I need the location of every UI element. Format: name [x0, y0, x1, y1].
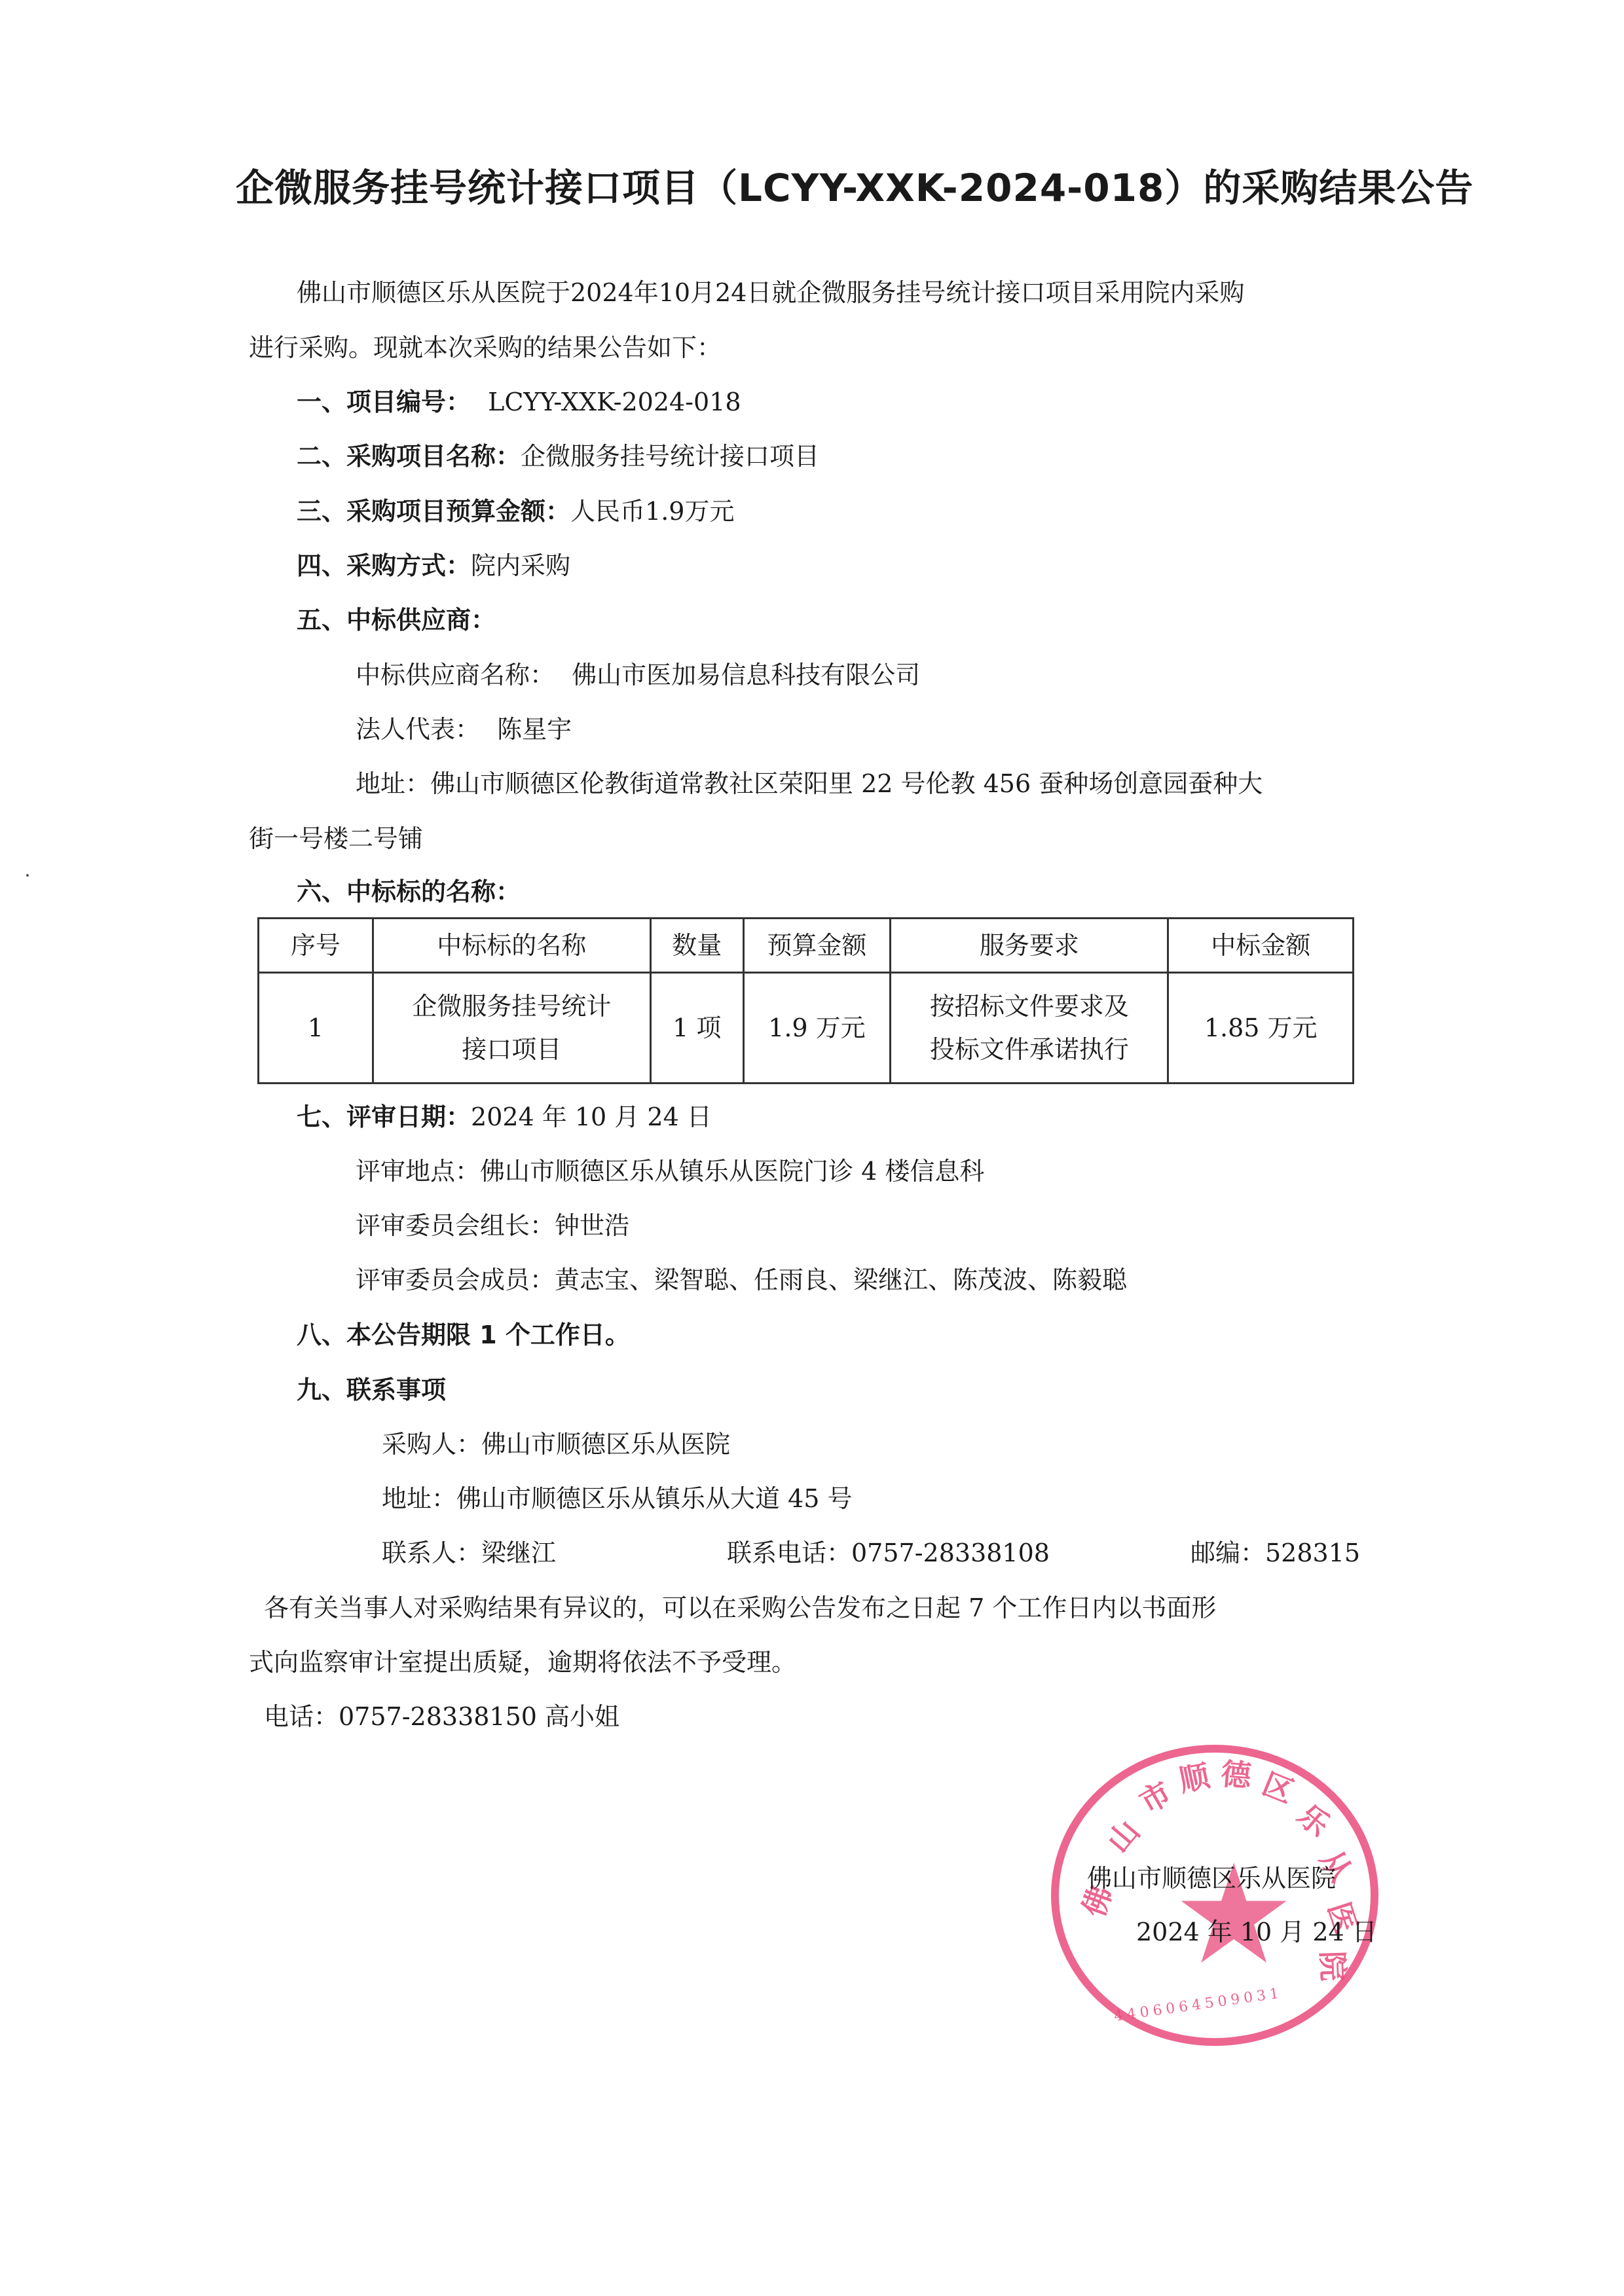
- cell-req-line-2: 投标文件承诺执行: [892, 1028, 1166, 1072]
- rep-value: 陈星宇: [497, 715, 572, 744]
- cell-name-line-2: 接口项目: [375, 1028, 649, 1072]
- section-supplier-heading: 五、中标供应商：: [297, 608, 496, 632]
- award-table: 序号 中标标的名称 数量 预算金额 服务要求 中标金额 1 企微服务挂号统计 接…: [257, 917, 1354, 1084]
- header-no: 序号: [259, 919, 373, 973]
- supplier-address-line-1: 地址：佛山市顺德区伦教街道常教社区荣阳里 22 号伦教 456 蚕种场创意园蚕种…: [356, 771, 1263, 796]
- section-project-name: 二、采购项目名称：企微服务挂号统计接口项目: [297, 444, 819, 469]
- section-award-heading: 六、中标标的名称：: [297, 879, 521, 904]
- cell-budget: 1.9 万元: [743, 973, 891, 1084]
- supplier-name: 中标供应商名称： 佛山市医加易信息科技有限公司: [356, 663, 920, 687]
- section-label: 二、采购项目名称：: [297, 442, 521, 471]
- header-award: 中标金额: [1168, 919, 1354, 973]
- page-title: 企微服务挂号统计接口项目（LCYY-XXK-2024-018）的采购结果公告: [236, 157, 1414, 212]
- objection-line-2: 式向监察审计室提出质疑，逾期将依法不予受理。: [249, 1650, 796, 1675]
- seal-char: 院: [1312, 1950, 1357, 1982]
- table-row: 1 企微服务挂号统计 接口项目 1 项 1.9 万元 按招标文件要求及 投标文件…: [259, 973, 1354, 1084]
- project-number-value: LCYY-XXK-2024-018: [488, 388, 741, 416]
- postcode: 邮编：528315: [1190, 1540, 1360, 1565]
- purchaser-address: 地址：佛山市顺德区乐从镇乐从大道 45 号: [382, 1486, 853, 1511]
- section-period: 八、本公告期限 1 个工作日。: [297, 1322, 630, 1347]
- section-label: 一、项目编号：: [297, 388, 471, 416]
- seal-char: 德: [1219, 1750, 1253, 1796]
- cell-award: 1.85 万元: [1168, 973, 1354, 1084]
- section-label: 四、采购方式：: [297, 551, 471, 580]
- review-members: 评审委员会成员：黄志宝、梁智聪、任雨良、梁继江、陈茂波、陈毅聪: [356, 1267, 1127, 1292]
- header-requirement: 服务要求: [891, 919, 1168, 973]
- cell-req-line-1: 按招标文件要求及: [892, 985, 1166, 1029]
- review-leader: 评审委员会组长：钟世浩: [356, 1213, 629, 1238]
- section-label: 三、采购项目预算金额：: [297, 497, 570, 526]
- section-budget: 三、采购项目预算金额：人民币1.9万元: [297, 499, 734, 524]
- project-name-value: 企微服务挂号统计接口项目: [521, 442, 819, 471]
- intro-line-1: 佛山市顺德区乐从医院于2024年10月24日就企微服务挂号统计接口项目采用院内采…: [297, 280, 1244, 305]
- objection-line-1: 各有关当事人对采购结果有异议的，可以在采购公告发布之日起 7 个工作日内以书面形: [264, 1595, 1216, 1620]
- section-method: 四、采购方式：院内采购: [297, 553, 570, 578]
- section-label: 七、评审日期：: [297, 1102, 471, 1131]
- review-location: 评审地点：佛山市顺德区乐从镇乐从医院门诊 4 楼信息科: [356, 1159, 984, 1184]
- cell-qty: 1 项: [650, 973, 743, 1084]
- scan-speck: [26, 874, 29, 877]
- supplier-label: 中标供应商名称：: [356, 661, 555, 689]
- supplier-value: 佛山市医加易信息科技有限公司: [572, 661, 920, 689]
- header-budget: 预算金额: [743, 919, 891, 973]
- cell-requirement: 按招标文件要求及 投标文件承诺执行: [891, 973, 1168, 1084]
- table-header-row: 序号 中标标的名称 数量 预算金额 服务要求 中标金额: [259, 919, 1354, 973]
- cell-name: 企微服务挂号统计 接口项目: [373, 973, 650, 1084]
- section-review-date: 七、评审日期：2024 年 10 月 24 日: [297, 1104, 712, 1129]
- signature-date: 2024 年 10 月 24 日: [1136, 1912, 1377, 1948]
- legal-rep: 法人代表： 陈星宇: [356, 717, 572, 742]
- contact-person: 联系人：梁继江: [382, 1540, 556, 1565]
- objection-phone: 电话：0757-28338150 高小姐: [264, 1704, 619, 1729]
- rep-label: 法人代表：: [356, 715, 480, 744]
- intro-line-2: 进行采购。现就本次采购的结果公告如下：: [249, 335, 722, 360]
- method-value: 院内采购: [471, 551, 570, 580]
- supplier-address-line-2: 街一号楼二号铺: [249, 826, 423, 851]
- cell-name-line-1: 企微服务挂号统计: [375, 985, 649, 1029]
- header-name: 中标标的名称: [373, 919, 650, 973]
- cell-no: 1: [259, 973, 373, 1084]
- section-contact-heading: 九、联系事项: [297, 1377, 446, 1402]
- signature-org: 佛山市顺德区乐从医院: [1087, 1858, 1336, 1894]
- purchaser: 采购人：佛山市顺德区乐从医院: [382, 1432, 730, 1457]
- contact-phone: 联系电话：0757-28338108: [727, 1540, 1050, 1565]
- section-project-number: 一、项目编号： LCYY-XXK-2024-018: [297, 390, 741, 414]
- review-date-value: 2024 年 10 月 24 日: [471, 1102, 712, 1131]
- header-qty: 数量: [650, 919, 743, 973]
- budget-value: 人民币1.9万元: [570, 497, 734, 526]
